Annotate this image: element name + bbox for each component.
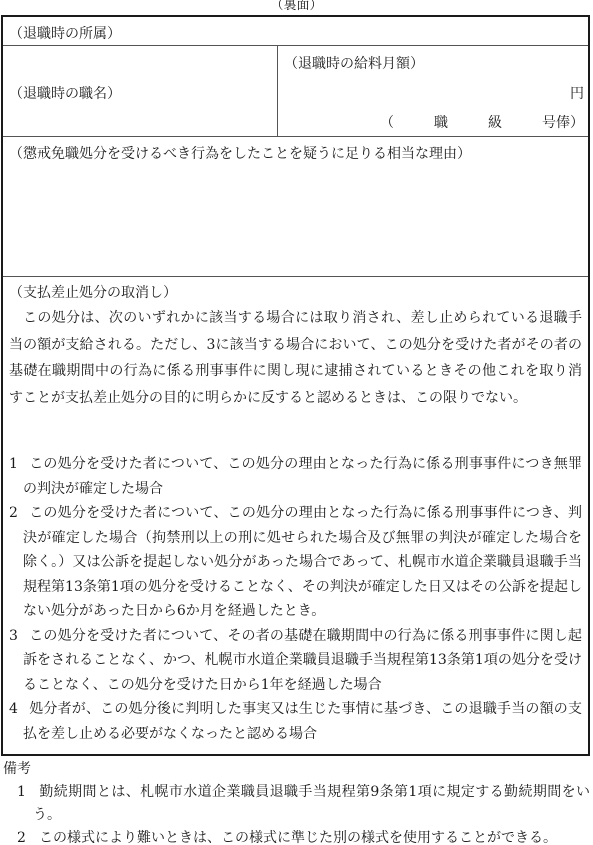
position-label: （退職時の職名）	[9, 83, 121, 103]
yen-unit: 円	[570, 83, 584, 103]
note-item: 2この様式により難いときは、この様式に準じた別の様式を使用することができる。	[3, 827, 590, 845]
grade-kyu: 級	[488, 112, 502, 132]
cancellation-item: 4処分者が、この処分後に判明した事実又は生じた事情に基づき、この退職手当の額の支…	[9, 697, 582, 746]
notes-title: 備考	[3, 757, 590, 781]
cancellation-item: 2この処分を受けた者について、この処分の理由となった行為に係る刑事事件につき、判…	[9, 501, 582, 624]
item-text: この処分を受けた者について、その者の基礎在職期間中の行為に係る刑事事件に関し起訴…	[23, 628, 582, 693]
cancellation-label: （支払差止処分の取消し）	[9, 282, 177, 302]
salary-label: （退職時の給料月額）	[284, 53, 424, 73]
note-text: この様式により難いときは、この様式に準じた別の様式を使用することができる。	[39, 830, 557, 845]
note-number: 1	[17, 781, 25, 804]
position-salary-row: （退職時の職名） （退職時の給料月額） 円 （ 職 級 号俸）	[3, 46, 588, 137]
cancellation-items: 1この処分を受けた者について、この処分の理由となった行為に係る刑事事件につき無罪…	[9, 452, 582, 746]
grade-gohou: 号俸）	[542, 112, 584, 132]
item-number: 2	[9, 501, 21, 526]
grade-line: （ 職 級 号俸）	[380, 112, 584, 132]
item-number: 4	[9, 697, 21, 722]
note-item: 1勤続期間とは、札幌市水道企業職員退職手当規程第9条第1項に規定する勤続期間をい…	[3, 781, 590, 827]
cancellation-row: （支払差止処分の取消し） この処分は、次のいずれかに該当する場合には取り消され、…	[3, 277, 588, 754]
item-number: 1	[9, 452, 21, 477]
grade-open-paren: （	[380, 112, 394, 132]
affiliation-row: （退職時の所属）	[3, 17, 588, 46]
cancellation-item: 3この処分を受けた者について、その者の基礎在職期間中の行為に係る刑事事件に関し起…	[9, 624, 582, 698]
reason-label: （懲戒免職処分を受けるべき行為をしたことを疑うに足りる相当な理由）	[9, 143, 471, 163]
cancellation-item: 1この処分を受けた者について、この処分の理由となった行為に係る刑事事件につき無罪…	[9, 452, 582, 501]
affiliation-label: （退職時の所属）	[9, 23, 121, 43]
item-number: 3	[9, 624, 21, 649]
suspension-form-table: （退職時の所属） （退職時の職名） （退職時の給料月額） 円 （ 職 級 号俸）…	[1, 15, 590, 756]
notes-section: 備考 1勤続期間とは、札幌市水道企業職員退職手当規程第9条第1項に規定する勤続期…	[3, 757, 590, 845]
item-text: この処分を受けた者について、この処分の理由となった行為に係る刑事事件につき、判決…	[23, 505, 582, 619]
back-side-label: （裏面）	[0, 0, 593, 14]
position-cell: （退職時の職名）	[3, 46, 278, 136]
reason-row: （懲戒免職処分を受けるべき行為をしたことを疑うに足りる相当な理由）	[3, 137, 588, 277]
item-text: この処分を受けた者について、この処分の理由となった行為に係る刑事事件につき無罪の…	[23, 456, 582, 497]
note-number: 2	[17, 827, 25, 845]
grade-shoku: 職	[434, 112, 448, 132]
item-text: 処分者が、この処分後に判明した事実又は生じた事情に基づき、この退職手当の額の支払…	[23, 701, 582, 742]
cancellation-paragraph: この処分は、次のいずれかに該当する場合には取り消され、差し止められている退職手当…	[9, 305, 582, 411]
salary-cell: （退職時の給料月額） 円 （ 職 級 号俸）	[278, 46, 588, 136]
note-text: 勤続期間とは、札幌市水道企業職員退職手当規程第9条第1項に規定する勤続期間をいう…	[33, 784, 590, 823]
